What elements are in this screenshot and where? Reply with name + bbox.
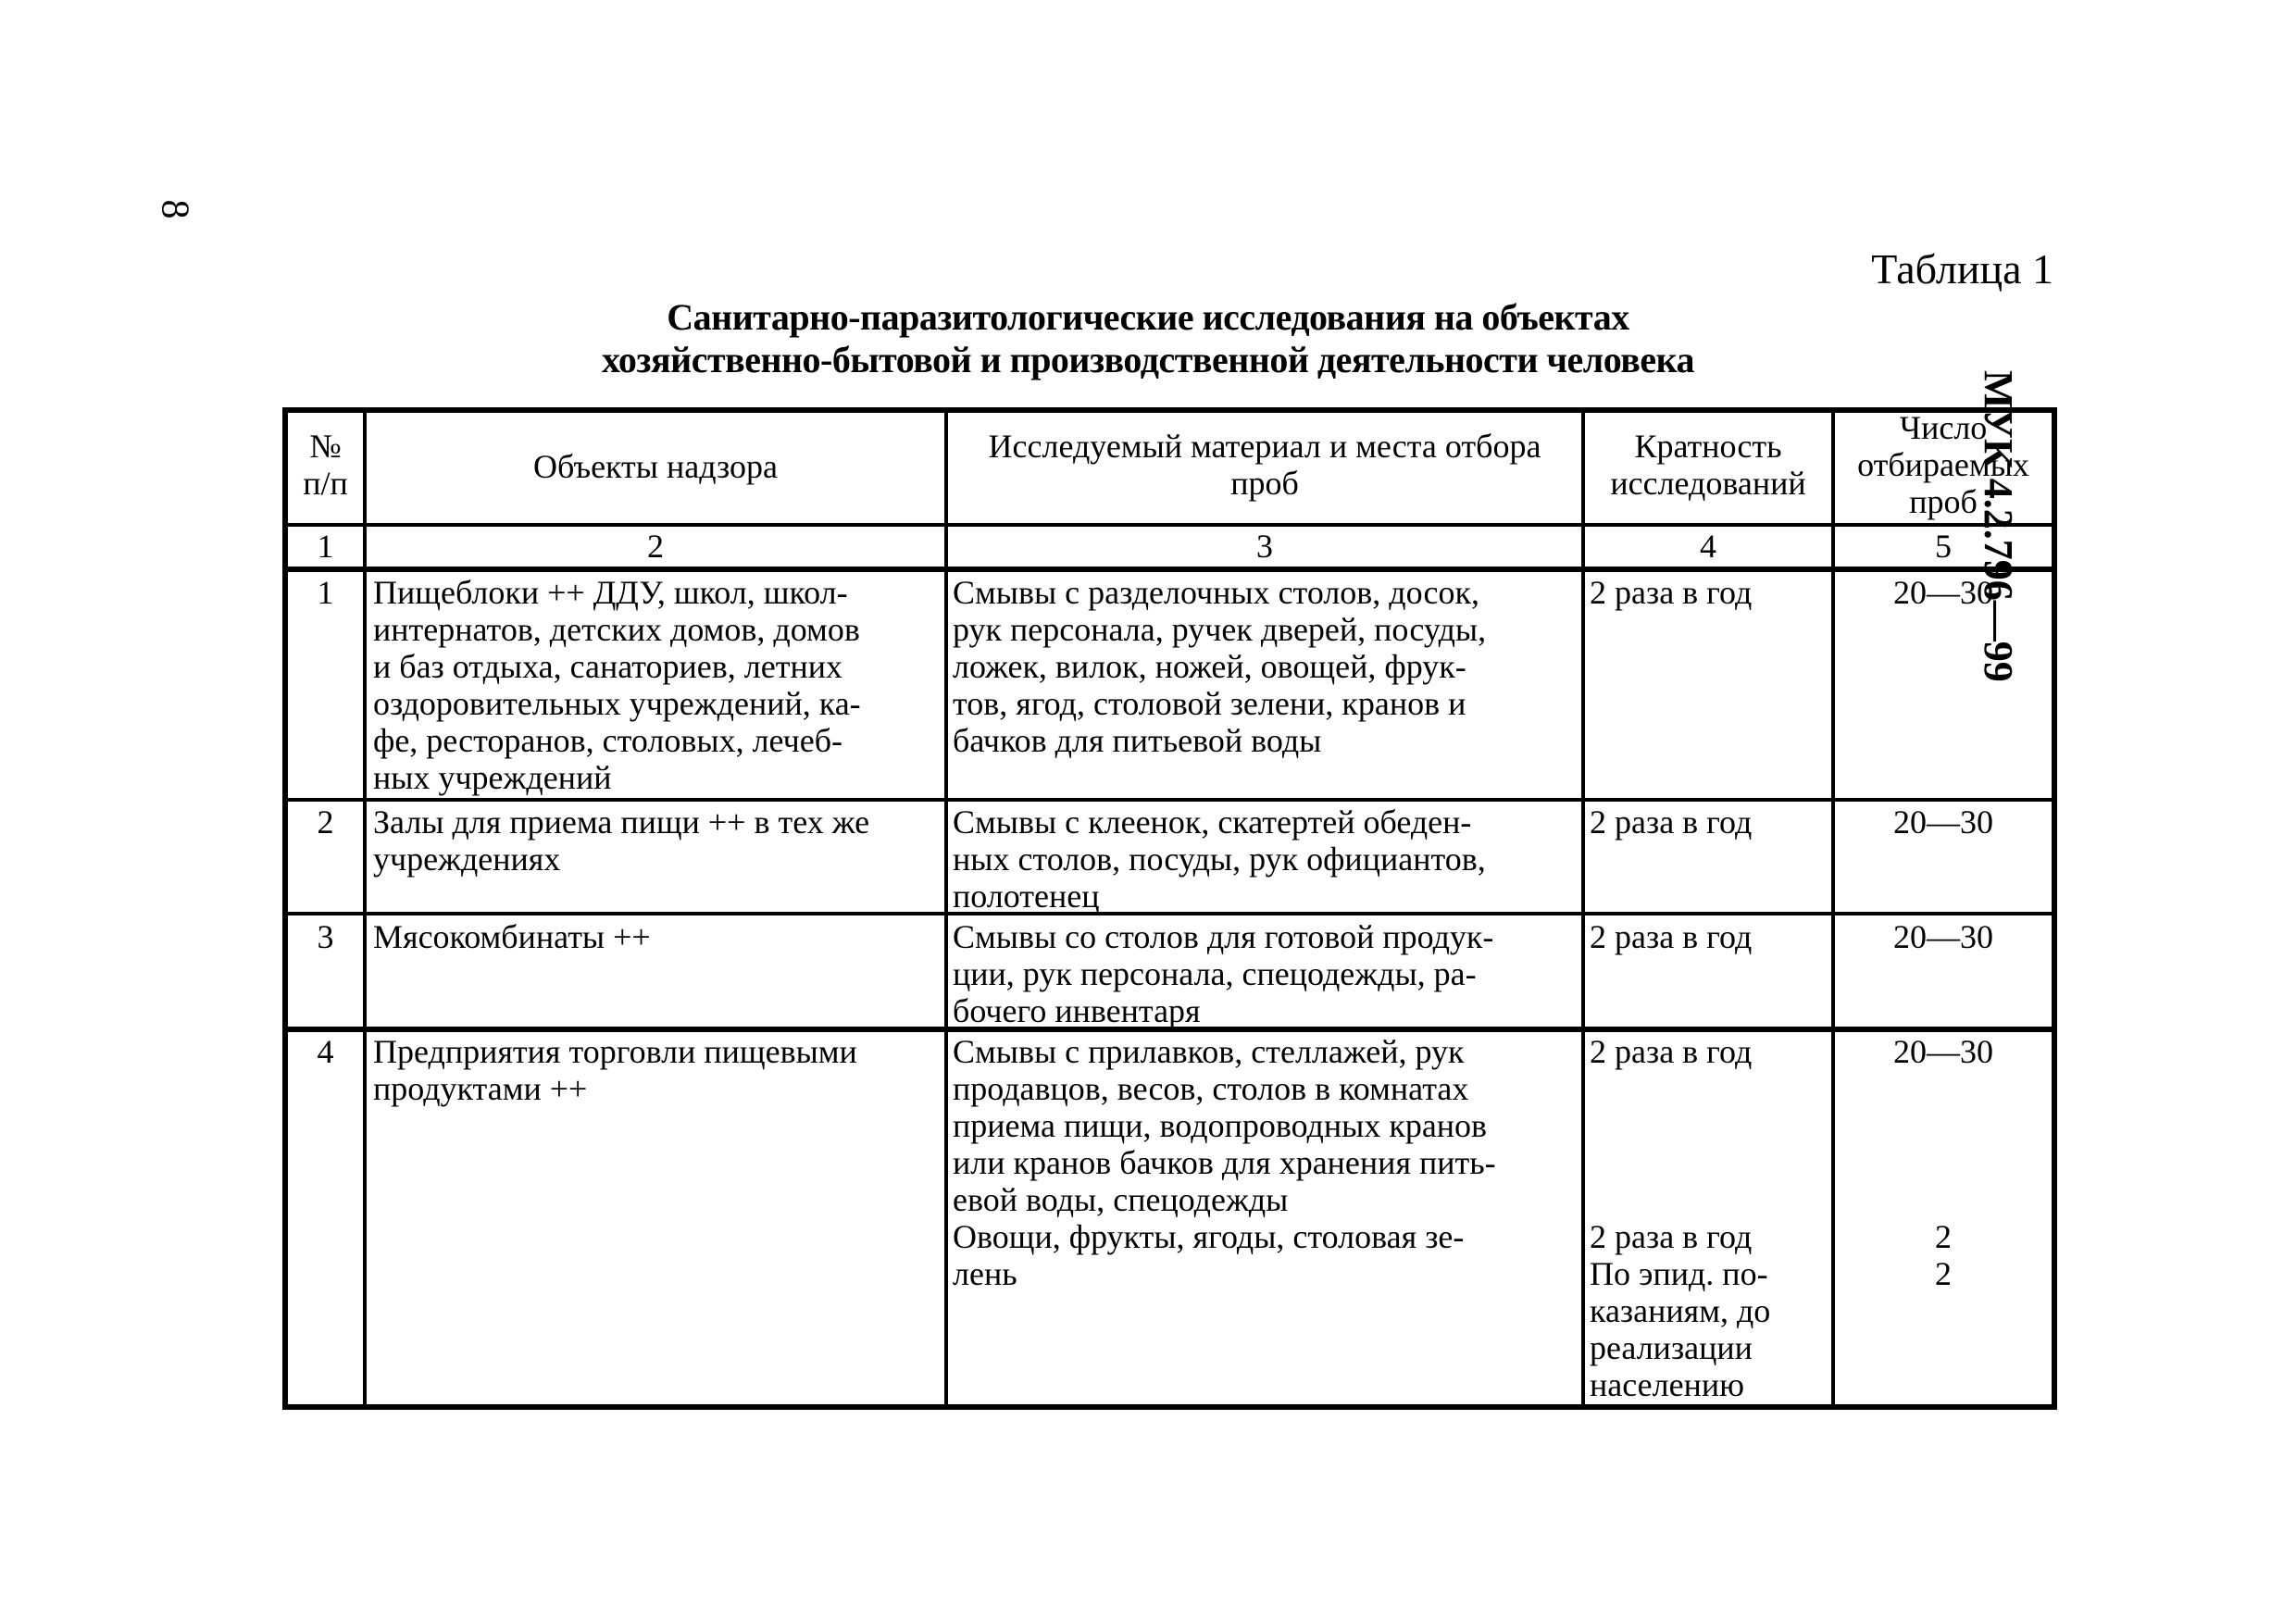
col-number: 1: [288, 528, 363, 565]
row-frequency: 2 раза в год: [1590, 1033, 1830, 1070]
row-frequency: 2 раза в год: [1590, 803, 1830, 841]
row-material: Смывы со столов для готовой продук- ции,…: [953, 918, 1578, 1029]
row-number: 3: [288, 918, 363, 955]
title-line-1: Санитарно-паразитологические исследовани…: [555, 296, 1741, 339]
col-number: 4: [1585, 528, 1831, 565]
row-divider: [288, 523, 2052, 527]
header-frequency: Кратность исследований: [1585, 428, 1831, 502]
row-object: Предприятия торговли пищевыми продуктами…: [373, 1033, 942, 1107]
row-material: Смывы с разделочных столов, досок, рук п…: [953, 574, 1578, 759]
header-material: Исследуемый материал и места отбора проб: [948, 428, 1581, 502]
row-number: 1: [288, 574, 363, 611]
row-samples: 20—30: [1835, 918, 2052, 955]
row-number: 2: [288, 803, 363, 841]
row-samples: 20—30: [1835, 574, 2052, 611]
header-number: № п/п: [288, 428, 363, 502]
row-divider: [288, 798, 2052, 802]
row-samples-secondary: 2 2: [1835, 1218, 2052, 1292]
col-number: 3: [948, 528, 1581, 565]
row-material-secondary: Овощи, фрукты, ягоды, столовая зе- лень: [953, 1218, 1578, 1292]
row-frequency: 2 раза в год: [1590, 574, 1830, 611]
row-frequency: 2 раза в год: [1590, 918, 1830, 955]
row-material: Смывы с клеенок, скатертей обеден- ных с…: [953, 803, 1578, 915]
data-table: № п/п Объекты надзора Исследуемый матери…: [282, 407, 2057, 1410]
row-samples: 20—30: [1835, 803, 2052, 841]
header-objects: Объекты надзора: [367, 448, 944, 485]
row-material: Смывы с прилавков, стеллажей, рук продав…: [953, 1033, 1578, 1218]
row-frequency-secondary: 2 раза в год По эпид. по- казаниям, до р…: [1590, 1218, 1830, 1403]
row-divider: [288, 567, 2052, 572]
row-object: Мясокомбинаты ++: [373, 918, 942, 955]
row-samples: 20—30: [1835, 1033, 2052, 1070]
row-object: Пищеблоки ++ ДДУ, школ, школ- интернатов…: [373, 574, 942, 796]
table-label: Таблица 1: [1871, 248, 2053, 291]
col-number: 2: [367, 528, 944, 565]
header-samples: Число отбираемых проб: [1835, 409, 2052, 520]
table-title: Санитарно-паразитологические исследовани…: [555, 296, 1741, 381]
col-number: 5: [1835, 528, 2052, 565]
row-object: Залы для приема пищи ++ в тех же учрежде…: [373, 803, 942, 878]
page-number: 8: [156, 200, 194, 219]
title-line-2: хозяйственно-бытовой и производственной …: [555, 339, 1741, 381]
row-number: 4: [288, 1033, 363, 1070]
